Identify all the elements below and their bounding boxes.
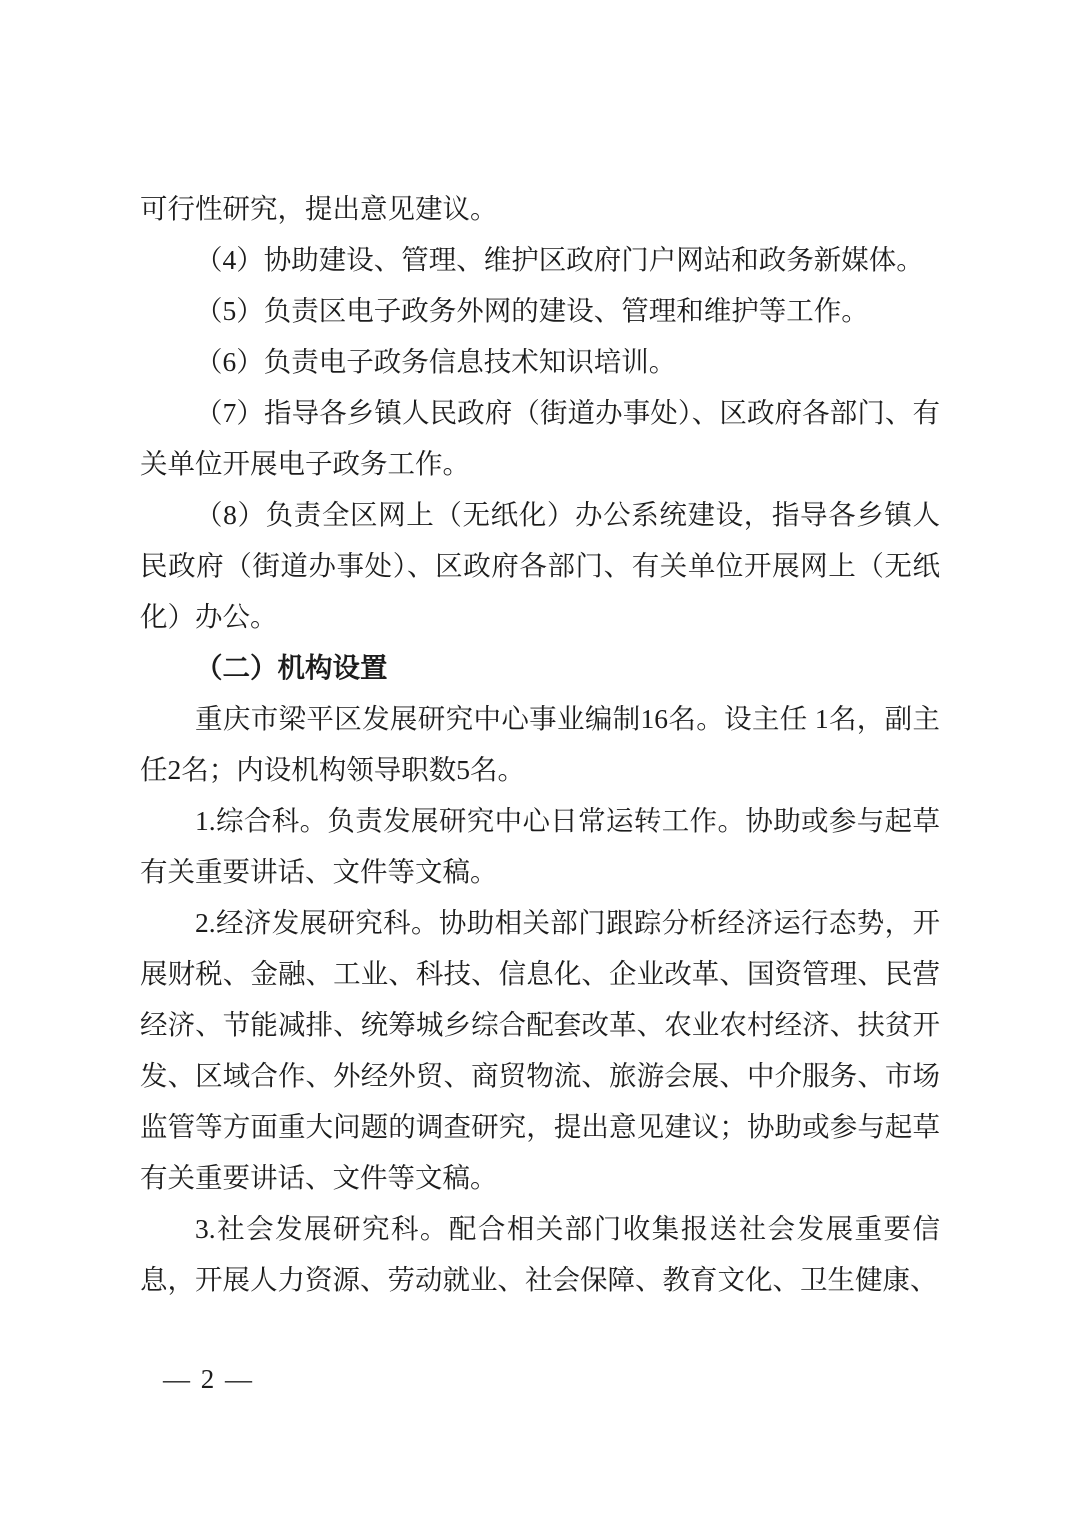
body-paragraph: 1.综合科。负责发展研究中心日常运转工作。协助或参与起草有关重要讲话、文件等文稿… [140,795,940,897]
body-paragraph: （8）负责全区网上（无纸化）办公系统建设，指导各乡镇人民政府（街道办事处）、区政… [140,489,940,642]
body-paragraph: （7）指导各乡镇人民政府（街道办事处）、区政府各部门、有关单位开展电子政务工作。 [140,387,940,489]
document-body: 可行性研究，提出意见建议。（4）协助建设、管理、维护区政府门户网站和政务新媒体。… [140,183,940,1305]
section-heading: （二）机构设置 [140,642,940,693]
body-paragraph: （5）负责区电子政务外网的建设、管理和维护等工作。 [140,285,940,336]
body-paragraph: 2.经济发展研究科。协助相关部门跟踪分析经济运行态势，开展财税、金融、工业、科技… [140,897,940,1203]
page-number: — 2 — [163,1363,254,1395]
body-paragraph: 可行性研究，提出意见建议。 [140,183,940,234]
body-paragraph: （4）协助建设、管理、维护区政府门户网站和政务新媒体。 [140,234,940,285]
body-paragraph: 重庆市梁平区发展研究中心事业编制16名。设主任 1名，副主任2名；内设机构领导职… [140,693,940,795]
document-page: 可行性研究，提出意见建议。（4）协助建设、管理、维护区政府门户网站和政务新媒体。… [0,0,1075,1520]
body-paragraph: （6）负责电子政务信息技术知识培训。 [140,336,940,387]
body-paragraph: 3.社会发展研究科。配合相关部门收集报送社会发展重要信息，开展人力资源、劳动就业… [140,1203,940,1305]
